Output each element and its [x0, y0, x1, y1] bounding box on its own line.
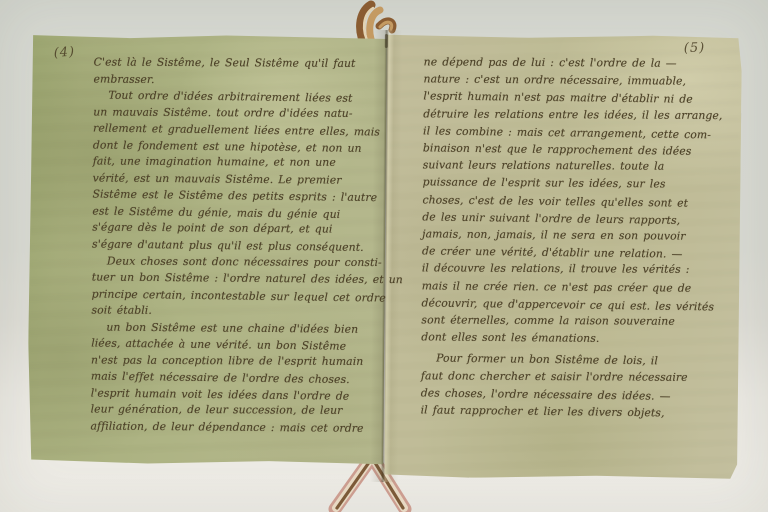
- manuscript-line: affiliation, de leur dépendance : mais c…: [90, 418, 380, 437]
- manuscript-spread: (4) (5) C'est là le Sistême, le Seul Sis…: [26, 27, 742, 485]
- manuscript-line: fait, une imagination humaine, et non un…: [93, 154, 383, 172]
- left-page-text: C'est là le Sistême, le Seul Sistême qu'…: [90, 54, 383, 437]
- manuscript-line: tuer un bon Sistême : l'ordre naturel de…: [92, 270, 382, 289]
- manuscript-line: soit établi.: [91, 303, 381, 321]
- right-page-text: ne dépend pas de lui : c'est l'ordre de …: [421, 53, 732, 421]
- manuscript-line: Deux choses sont donc nécessaires pour c…: [92, 253, 382, 271]
- cord-slit: [385, 34, 388, 48]
- manuscript-line: il découvre les relations, il trouve les…: [422, 260, 730, 279]
- manuscript-line: dont elles sont les émanations.: [421, 329, 729, 349]
- manuscript-line: mais il ne crée rien. ce n'est pas créer…: [422, 277, 730, 297]
- manuscript-line: sont éternelles, comme la raison souvera…: [421, 311, 729, 330]
- manuscript-line: ne dépend pas de lui : c'est l'ordre de …: [424, 53, 732, 72]
- manuscript-line: leur génération, de leur succession, de …: [91, 402, 381, 420]
- manuscript-line: puissance de l'esprit sur les idées, sur…: [423, 174, 731, 194]
- manuscript-line: détruire les relations entre les idées, …: [423, 105, 731, 124]
- page-number-left: (4): [53, 45, 75, 61]
- manuscript-line: faut donc chercher et saisir l'ordre néc…: [421, 367, 729, 386]
- manuscript-line: C'est là le Sistême, le Seul Sistême qu'…: [94, 54, 384, 72]
- manuscript-line: n'est pas la conception libre de l'espri…: [91, 352, 381, 370]
- page-number-right: (5): [684, 40, 706, 56]
- manuscript-line: un mauvais Sistême. tout ordre d'idées n…: [93, 104, 383, 122]
- manuscript-line: suivant leurs relations naturelles. tout…: [423, 157, 731, 176]
- photo-backdrop: (4) (5) C'est là le Sistême, le Seul Sis…: [0, 0, 768, 512]
